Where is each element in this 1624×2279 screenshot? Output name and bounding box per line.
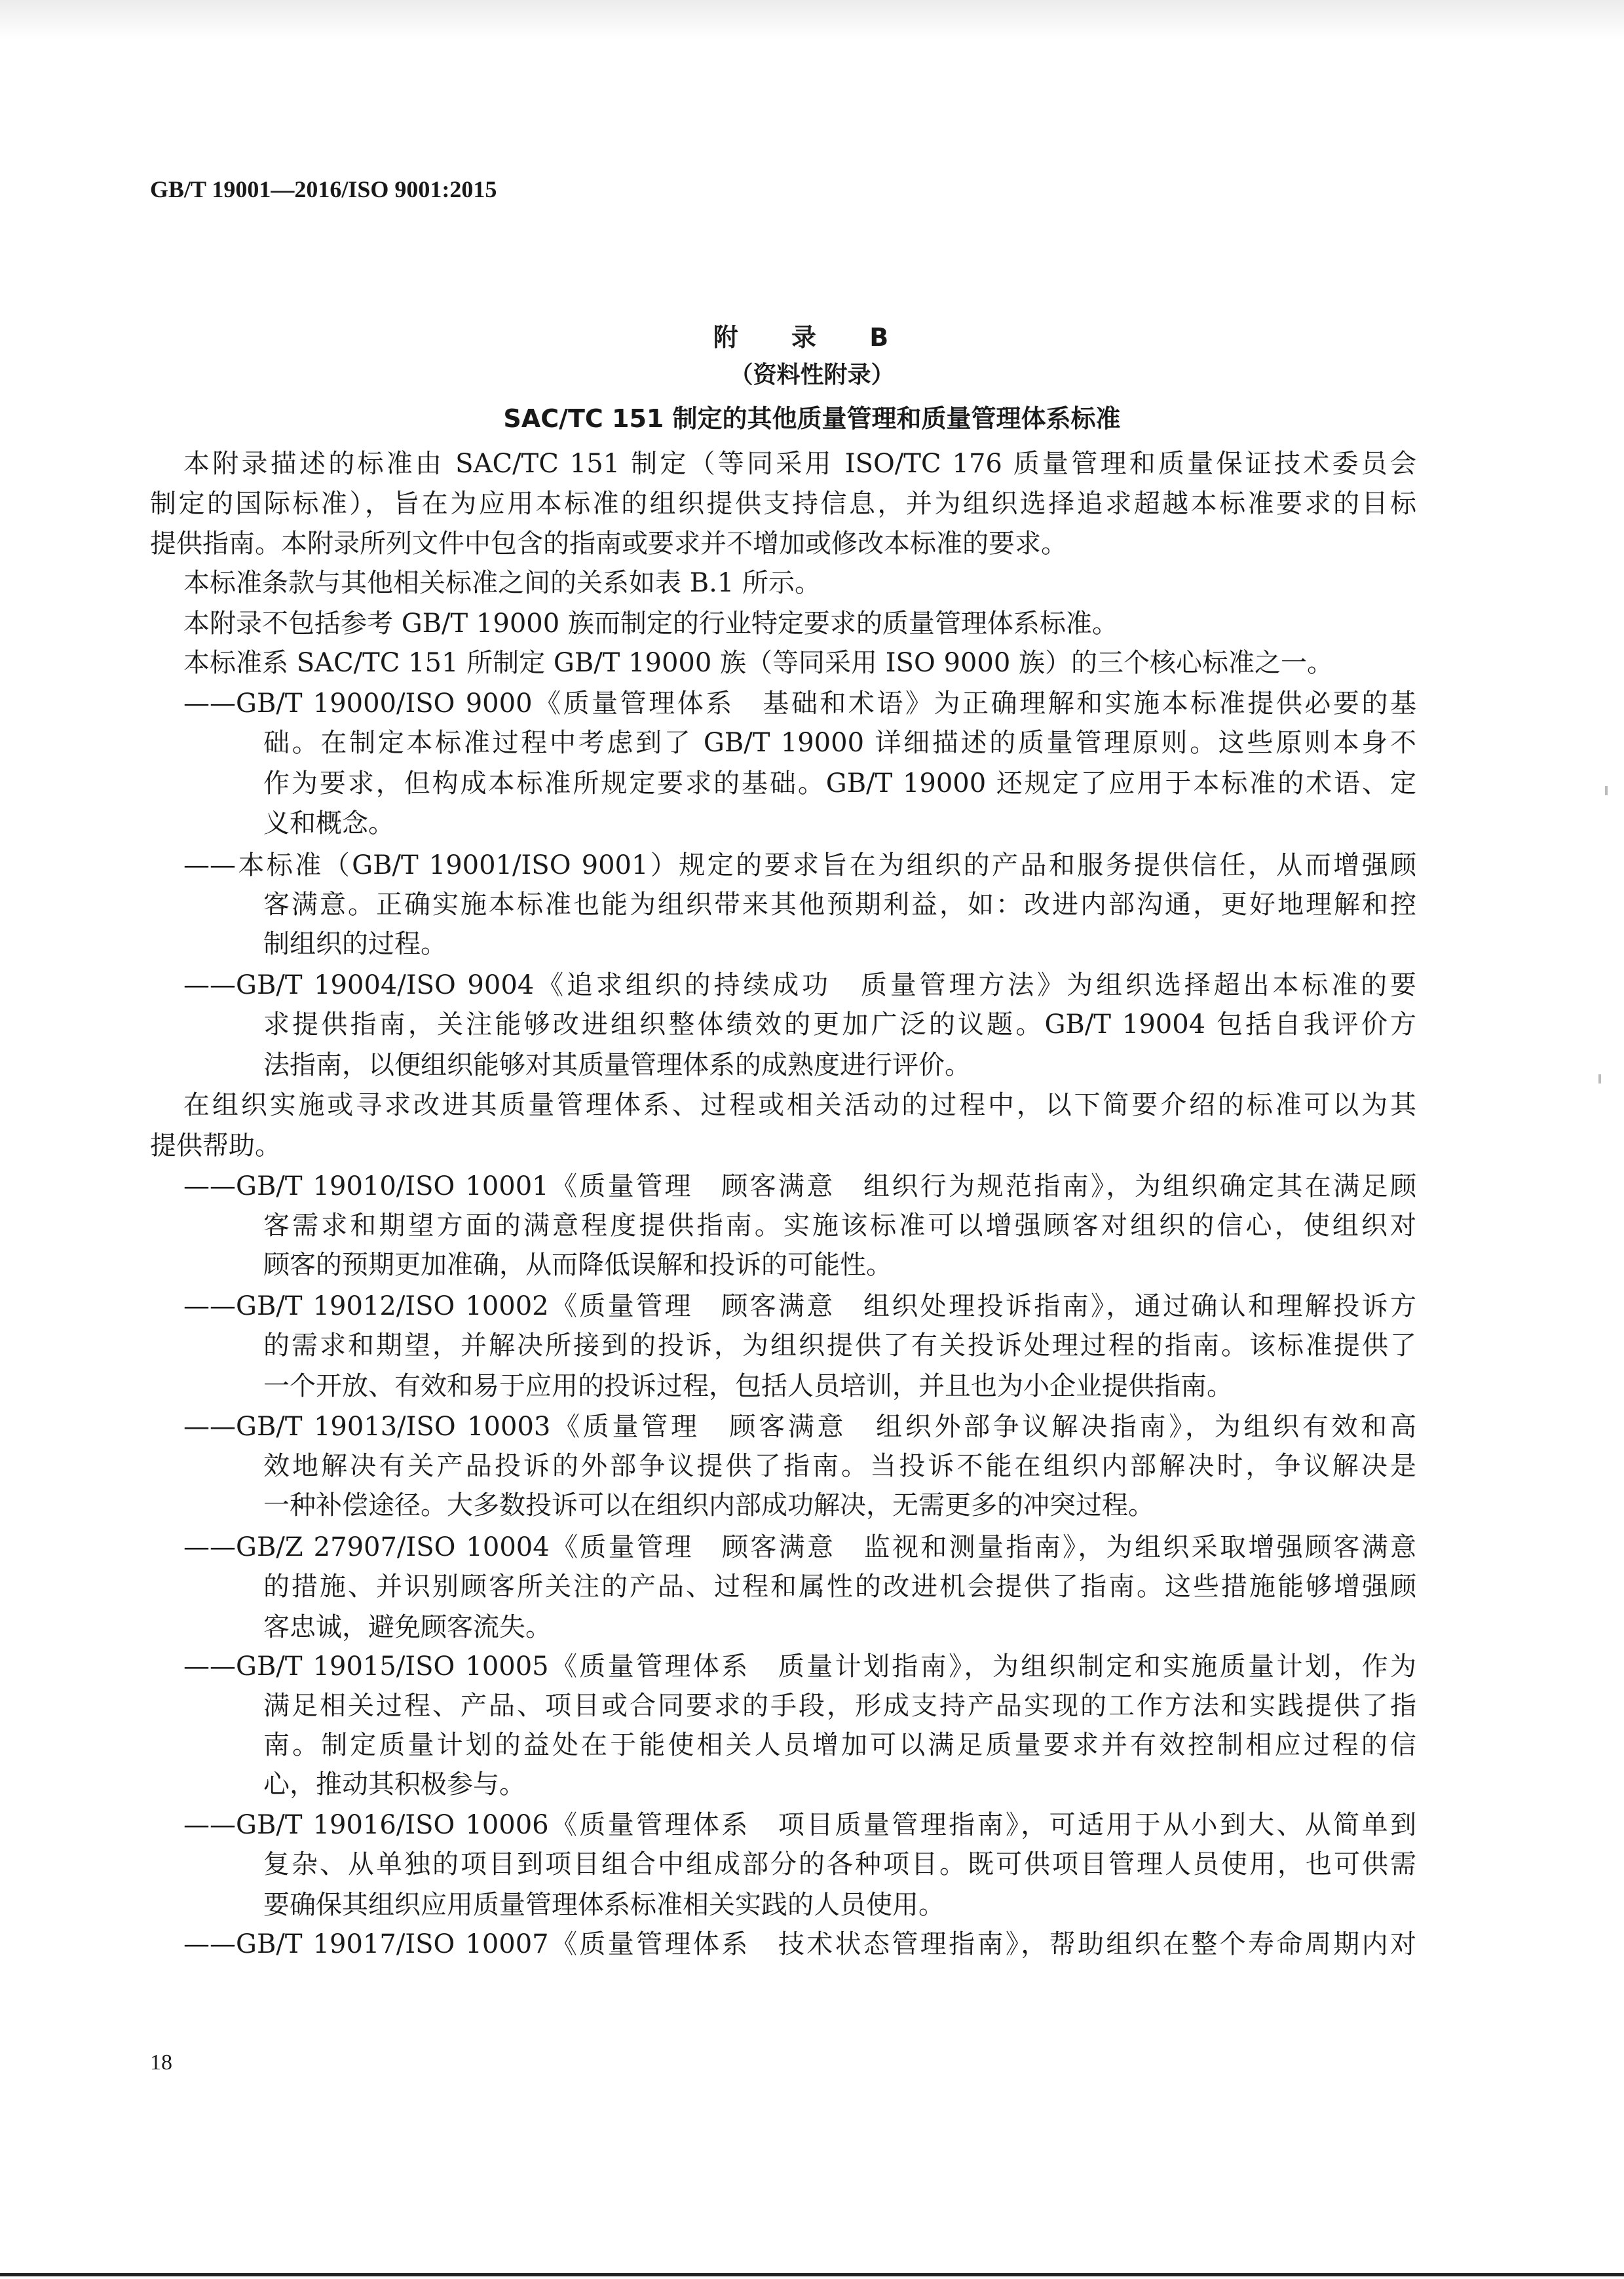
text-line: ——GB/T 19004/ISO 9004《追求组织的持续成功 质量管理方法》为… — [183, 970, 1416, 1001]
text-line: ——本标准（GB/T 19001/ISO 9001）规定的要求旨在为组织的产品和… — [183, 850, 1416, 881]
text-line: 本附录不包括参考 GB/T 19000 族而制定的行业特定要求的质量管理体系标准… — [183, 608, 1118, 639]
text-line: 本标准系 SAC/TC 151 所制定 GB/T 19000 族（等同采用 IS… — [183, 647, 1333, 679]
text-line: ——GB/T 19013/ISO 10003《质量管理 顾客满意 组织外部争议解… — [183, 1411, 1416, 1442]
annex-title: 附 录 B — [0, 317, 1624, 353]
text-line: 复杂、从单独的项目到项目组合中组成部分的各种项目。既可供项目管理人员使用，也可供… — [263, 1849, 1416, 1880]
text-line: 制定的国际标准），旨在为应用本标准的组织提供支持信息，并为组织选择追求超越本标准… — [150, 488, 1416, 519]
text-line: 本标准条款与其他相关标准之间的关系如表 B.1 所示。 — [183, 567, 821, 599]
scan-mark — [1598, 1074, 1601, 1083]
text-line: 础。在制定本标准过程中考虑到了 GB/T 19000 详细描述的质量管理原则。这… — [263, 727, 1416, 759]
page-edge — [0, 2273, 1624, 2276]
page-number: 18 — [150, 2050, 172, 2075]
text-line: 的措施、并识别顾客所关注的产品、过程和属性的改进机会提供了指南。这些措施能够增强… — [263, 1571, 1416, 1602]
text-line: 义和概念。 — [263, 808, 394, 839]
annex-type: （资料性附录） — [0, 356, 1624, 390]
text-line: 满足相关过程、产品、项目或合同要求的手段，形成支持产品实现的工作方法和实践提供了… — [263, 1690, 1416, 1722]
running-header: GB/T 19001—2016/ISO 9001:2015 — [150, 176, 497, 203]
scan-mark — [1605, 786, 1608, 795]
text-line: 提供帮助。 — [150, 1130, 281, 1161]
text-line: 要确保其组织应用质量管理体系标准相关实践的人员使用。 — [263, 1889, 945, 1921]
text-line: 法指南，以便组织能够对其质量管理体系的成熟度进行评价。 — [263, 1049, 971, 1081]
text-line: 客需求和期望方面的满意程度提供指南。实施该标准可以增强顾客对组织的信心，使组织对 — [263, 1210, 1416, 1241]
text-line: 心，推动其积极参与。 — [263, 1769, 525, 1800]
text-line: ——GB/Z 27907/ISO 10004《质量管理 顾客满意 监视和测量指南… — [183, 1532, 1416, 1563]
text-line: 在组织实施或寻求改进其质量管理体系、过程或相关活动的过程中，以下简要介绍的标准可… — [183, 1089, 1416, 1121]
text-line: 一种补偿途径。大多数投诉可以在组织内部成功解决，无需更多的冲突过程。 — [263, 1490, 1154, 1521]
text-line: 作为要求，但构成本标准所规定要求的基础。GB/T 19000 还规定了应用于本标… — [263, 768, 1416, 799]
text-line: 本附录描述的标准由 SAC/TC 151 制定（等同采用 ISO/TC 176 … — [183, 448, 1416, 480]
text-line: ——GB/T 19015/ISO 10005《质量管理体系 质量计划指南》，为组… — [183, 1651, 1416, 1682]
text-line: 顾客的预期更加准确，从而降低误解和投诉的可能性。 — [263, 1249, 892, 1281]
text-line: ——GB/T 19016/ISO 10006《质量管理体系 项目质量管理指南》，… — [183, 1809, 1416, 1841]
text-line: 客满意。正确实施本标准也能为组织带来其他预期利益，如：改进内部沟通，更好地理解和… — [263, 889, 1416, 920]
text-line: ——GB/T 19012/ISO 10002《质量管理 顾客满意 组织处理投诉指… — [183, 1290, 1416, 1322]
scan-shadow — [0, 0, 1624, 39]
text-line: 制组织的过程。 — [263, 928, 447, 960]
annex-heading: SAC/TC 151 制定的其他质量管理和质量管理体系标准 — [0, 398, 1624, 434]
text-line: 效地解决有关产品投诉的外部争议提供了指南。当投诉不能在组织内部解决时，争议解决是 — [263, 1450, 1416, 1482]
text-line: ——GB/T 19010/ISO 10001《质量管理 顾客满意 组织行为规范指… — [183, 1171, 1416, 1202]
text-line: ——GB/T 19017/ISO 10007《质量管理体系 技术状态管理指南》，… — [183, 1929, 1416, 1960]
text-line: 南。制定质量计划的益处在于能使相关人员增加可以满足质量要求并有效控制相应过程的信 — [263, 1729, 1416, 1761]
text-line: 求提供指南，关注能够改进组织整体绩效的更加广泛的议题。GB/T 19004 包括… — [263, 1009, 1416, 1040]
text-line: 一个开放、有效和易于应用的投诉过程，包括人员培训，并且也为小企业提供指南。 — [263, 1370, 1233, 1402]
text-line: 的需求和期望，并解决所接到的投诉，为组织提供了有关投诉处理过程的指南。该标准提供… — [263, 1330, 1416, 1361]
text-line: ——GB/T 19000/ISO 9000《质量管理体系 基础和术语》为正确理解… — [183, 688, 1416, 719]
text-line: 客忠诚，避免顾客流失。 — [263, 1611, 552, 1643]
text-line: 提供指南。本附录所列文件中包含的指南或要求并不增加或修改本标准的要求。 — [150, 528, 1067, 559]
